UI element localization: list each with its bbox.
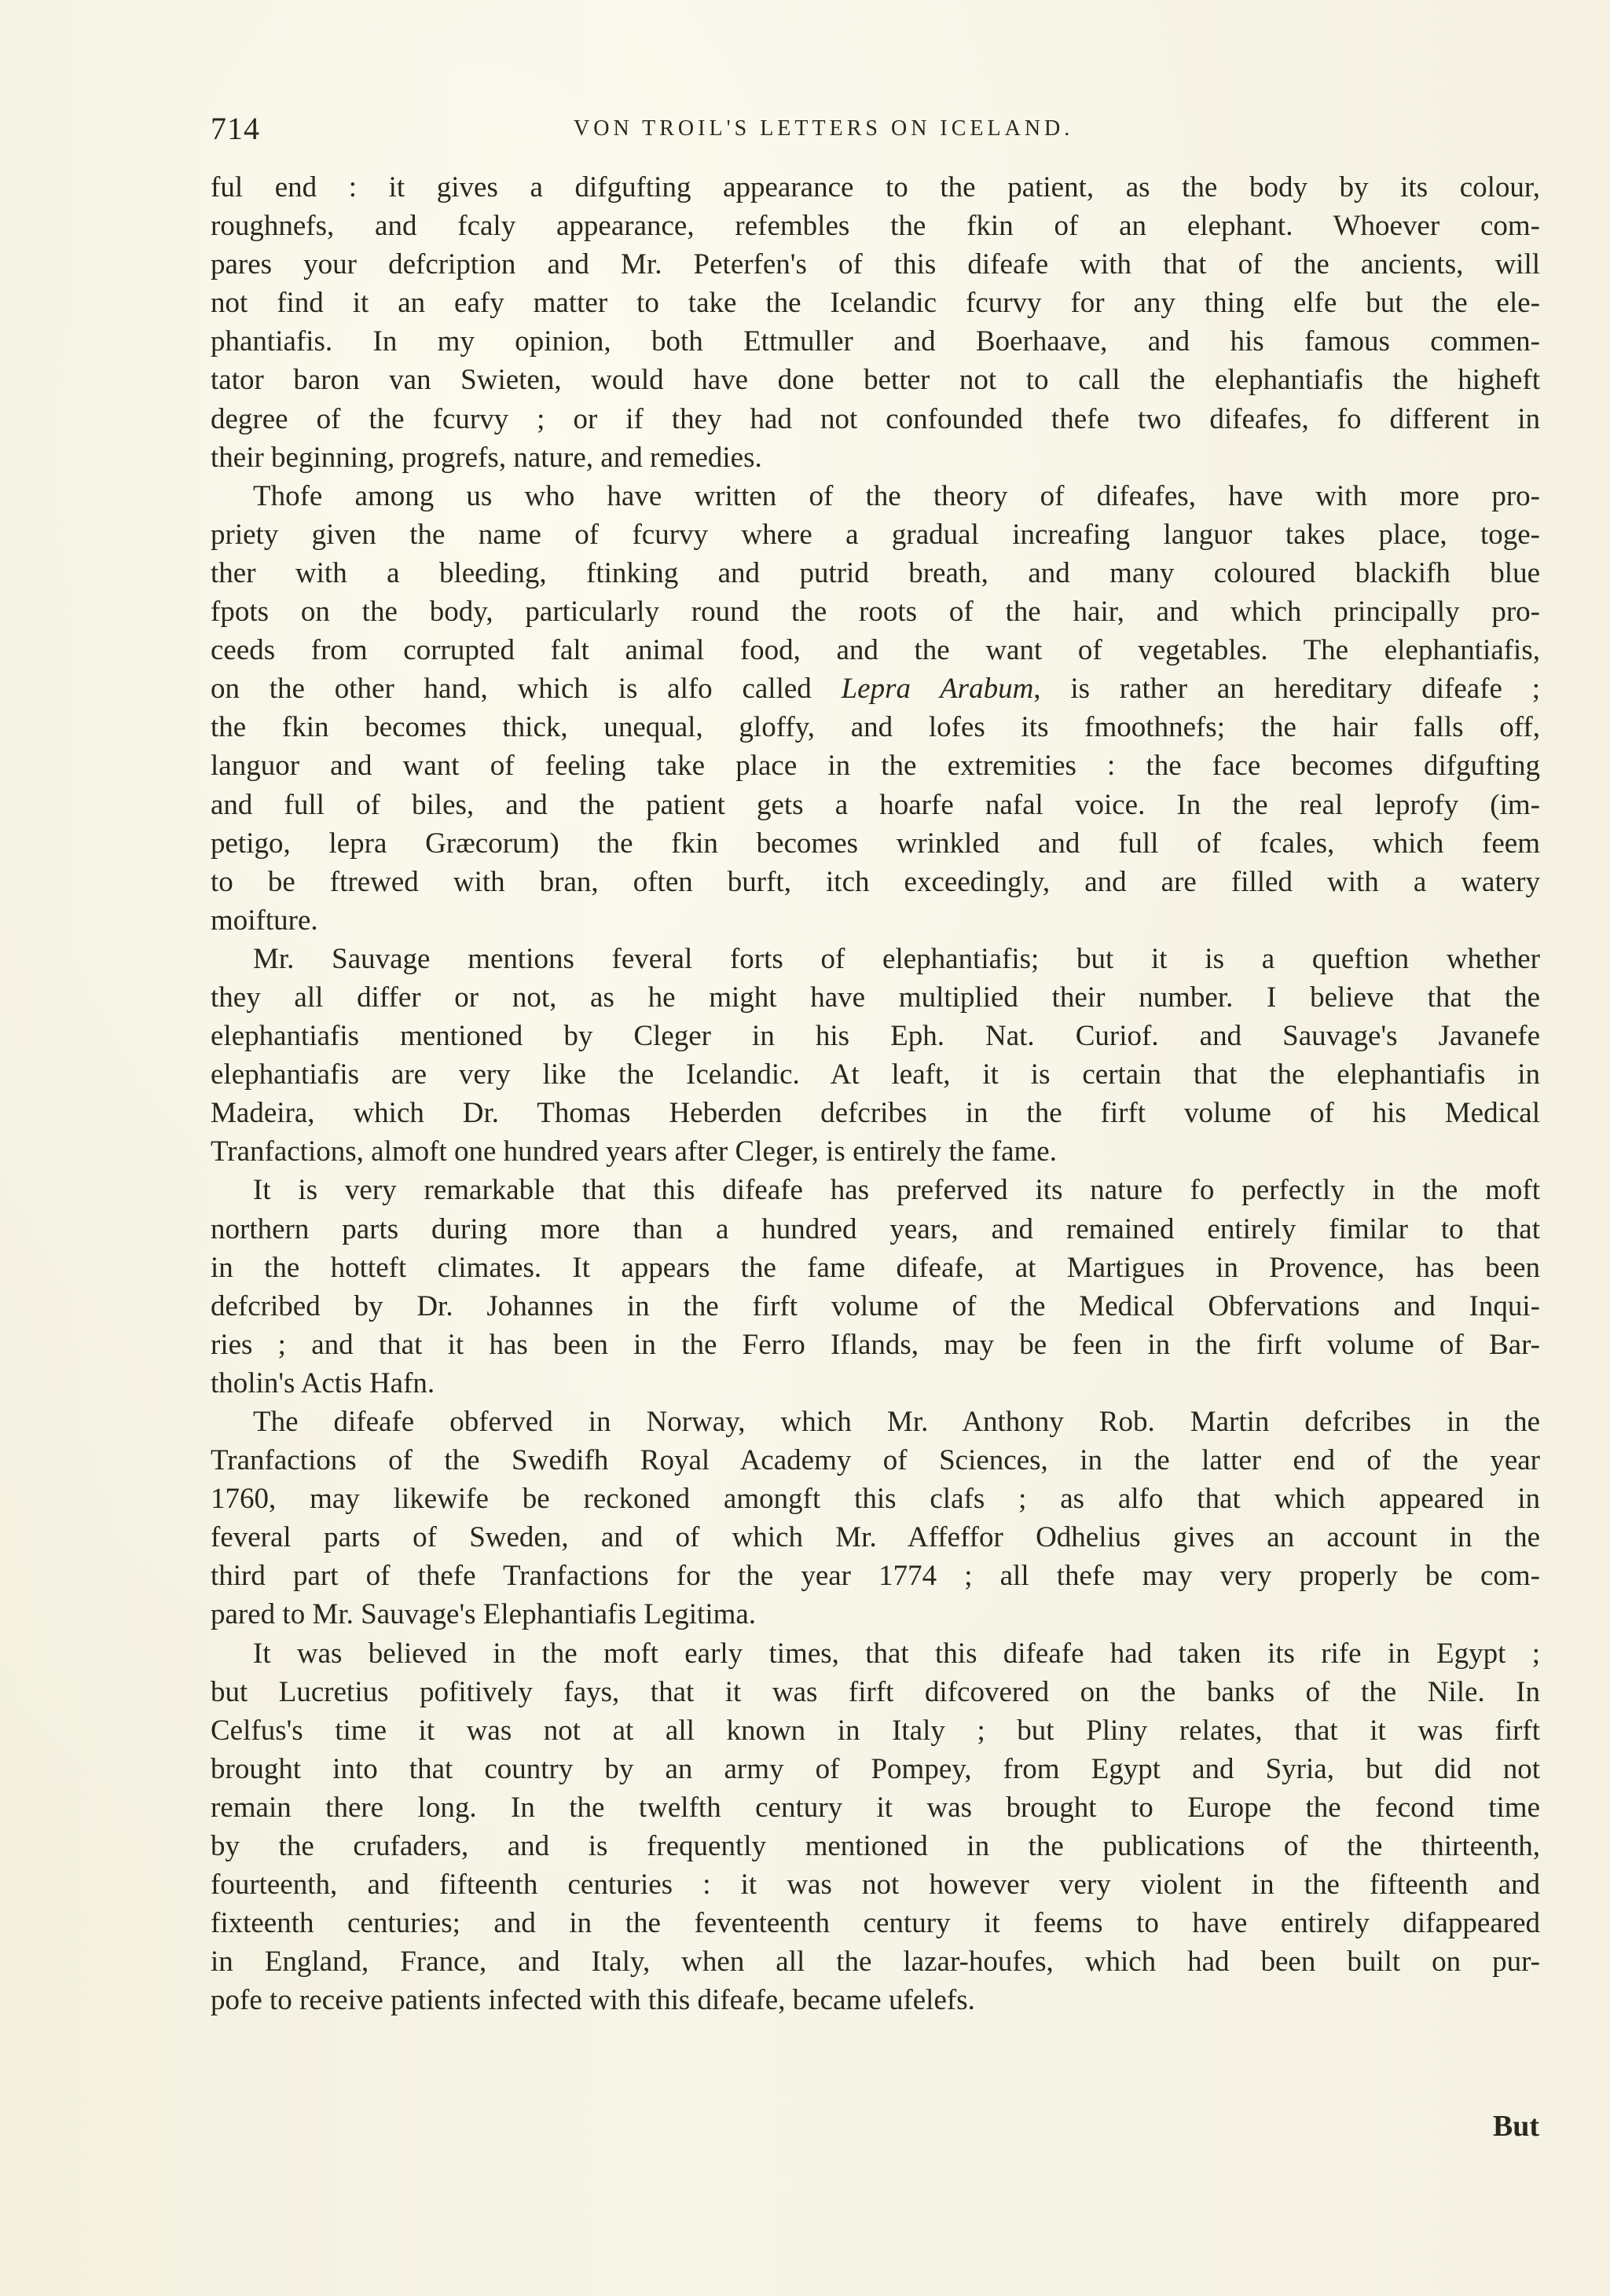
text-line: 1760, may likewife be reckoned amongft t… — [211, 1480, 1540, 1518]
text-line: northern parts during more than a hundre… — [211, 1210, 1540, 1249]
text-line: feveral parts of Sweden, and of which Mr… — [211, 1518, 1540, 1557]
text-line: in England, France, and Italy, when all … — [211, 1942, 1540, 1981]
text-line: pofe to receive patients infected with t… — [211, 1981, 1540, 2019]
text-line: ceeds from corrupted falt animal food, a… — [211, 631, 1540, 669]
text-line: defcribed by Dr. Johannes in the firft v… — [211, 1287, 1540, 1326]
text-line: tator baron van Swieten, would have done… — [211, 361, 1540, 399]
text-line: but Lucretius pofitively fays, that it w… — [211, 1673, 1540, 1711]
text-line: fourteenth, and fifteenth centuries : it… — [211, 1865, 1540, 1904]
text-line: not find it an eafy matter to take the I… — [211, 284, 1540, 322]
text-line: roughnefs, and fcaly appearance, refembl… — [211, 207, 1540, 245]
text-line: moifture. — [211, 901, 1540, 940]
text-line: priety given the name of fcurvy where a … — [211, 515, 1540, 554]
text-line: Thofe among us who have written of the t… — [211, 477, 1540, 515]
text-line: pared to Mr. Sauvage's Elephantiafis Leg… — [211, 1595, 1540, 1634]
paragraph: It was believed in the moft early times,… — [211, 1634, 1540, 2020]
text-line: to be ftrewed with bran, often burft, it… — [211, 863, 1540, 901]
text-line: It was believed in the moft early times,… — [211, 1634, 1540, 1673]
text-line: ful end : it gives a difgufting appearan… — [211, 168, 1540, 207]
text-line: elephantiafis are very like the Icelandi… — [211, 1055, 1540, 1094]
page-number: 714 — [211, 110, 260, 147]
text-line: brought into that country by an army of … — [211, 1750, 1540, 1788]
body-text: ful end : it gives a difgufting appearan… — [211, 168, 1540, 2020]
running-title: VON TROIL'S LETTERS ON ICELAND. — [574, 116, 1073, 141]
text-line: Tranfactions, almoft one hundred years a… — [211, 1132, 1540, 1171]
text-line: and full of biles, and the patient gets … — [211, 786, 1540, 824]
text-line: ries ; and that it has been in the Ferro… — [211, 1326, 1540, 1364]
text-line: remain there long. In the twelfth centur… — [211, 1788, 1540, 1827]
text-line: elephantiafis mentioned by Cleger in his… — [211, 1017, 1540, 1055]
text-line: Tranfactions of the Swedifh Royal Academ… — [211, 1441, 1540, 1480]
paragraph: Thofe among us who have written of the t… — [211, 477, 1540, 940]
paragraph: ful end : it gives a difgufting appearan… — [211, 168, 1540, 477]
text-line: degree of the fcurvy ; or if they had no… — [211, 400, 1540, 438]
text-line: they all differ or not, as he might have… — [211, 978, 1540, 1017]
text-line: ther with a bleeding, ftinking and putri… — [211, 554, 1540, 592]
paragraph: Mr. Sauvage mentions feveral forts of el… — [211, 940, 1540, 1172]
running-head: 714 VON TROIL'S LETTERS ON ICELAND. — [211, 110, 1540, 149]
text-line: in the hotteft climates. It appears the … — [211, 1249, 1540, 1287]
text-line: pares your defcription and Mr. Peterfen'… — [211, 245, 1540, 284]
text-line: fpots on the body, particularly round th… — [211, 592, 1540, 631]
text-line: Mr. Sauvage mentions feveral forts of el… — [211, 940, 1540, 978]
text-line: Celfus's time it was not at all known in… — [211, 1711, 1540, 1750]
paragraph: The difeafe obferved in Norway, which Mr… — [211, 1403, 1540, 1634]
catchword: But — [1493, 2109, 1539, 2144]
text-line: languor and want of feeling take place i… — [211, 746, 1540, 785]
text-line: Madeira, which Dr. Thomas Heberden defcr… — [211, 1094, 1540, 1132]
text-line: fixteenth centuries; and in the feventee… — [211, 1904, 1540, 1942]
text-line: on the other hand, which is alfo called … — [211, 669, 1540, 708]
text-line: their beginning, progrefs, nature, and r… — [211, 438, 1540, 477]
text-line: It is very remarkable that this difeafe … — [211, 1171, 1540, 1209]
text-line: petigo, lepra Græcorum) the fkin becomes… — [211, 824, 1540, 863]
text-line: third part of thefe Tranfactions for the… — [211, 1557, 1540, 1595]
text-line: phantiafis. In my opinion, both Ettmulle… — [211, 322, 1540, 361]
text-line: the fkin becomes thick, unequal, gloffy,… — [211, 708, 1540, 746]
paragraph: It is very remarkable that this difeafe … — [211, 1171, 1540, 1403]
text-line: by the crufaders, and is frequently ment… — [211, 1827, 1540, 1865]
text-line: The difeafe obferved in Norway, which Mr… — [211, 1403, 1540, 1441]
text-line: tholin's Actis Hafn. — [211, 1364, 1540, 1403]
book-page: 714 VON TROIL'S LETTERS ON ICELAND. ful … — [0, 0, 1610, 2296]
italic-term: Lepra Arabum — [842, 673, 1034, 705]
